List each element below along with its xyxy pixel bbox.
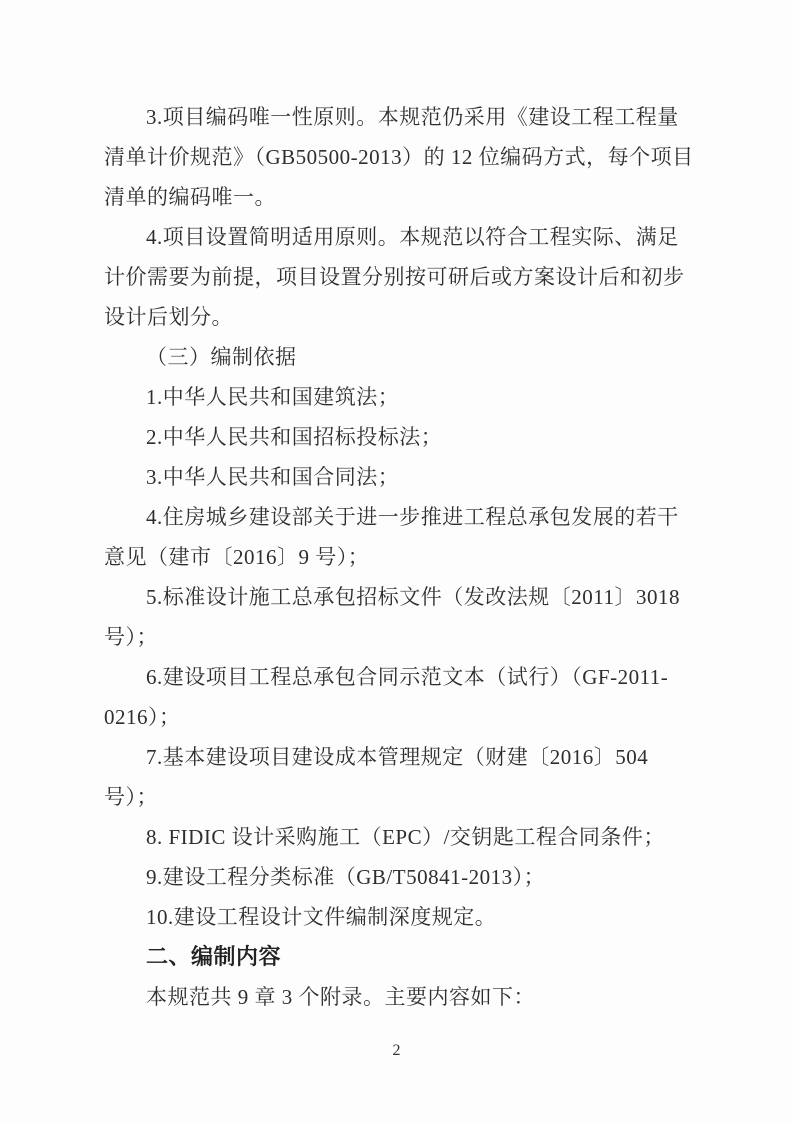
doc-line: 设计后划分。: [104, 297, 692, 337]
list-item-line: 3.中华人民共和国合同法；: [104, 457, 692, 497]
list-item-line: 意见（建市〔2016〕9 号）；: [104, 537, 692, 577]
list-item-line: 8. FIDIC 设计采购施工（EPC）/交钥匙工程合同条件；: [104, 817, 692, 857]
list-item-line: 7.基本建设项目建设成本管理规定（财建〔2016〕504: [104, 737, 692, 777]
document-page: 3.项目编码唯一性原则。本规范仍采用《建设工程工程量 清单计价规范》（GB505…: [0, 0, 793, 1122]
doc-line: 清单的编码唯一。: [104, 177, 692, 217]
subsection-heading-basis: （三）编制依据: [104, 337, 692, 377]
doc-line: 3.项目编码唯一性原则。本规范仍采用《建设工程工程量: [104, 97, 692, 137]
doc-line: 本规范共 9 章 3 个附录。主要内容如下：: [104, 977, 692, 1017]
list-item-line: 号）；: [104, 777, 692, 817]
list-item-line: 1.中华人民共和国建筑法；: [104, 377, 692, 417]
list-item-line: 号）；: [104, 617, 692, 657]
page-number: 2: [0, 1040, 793, 1062]
list-item-line: 5.标准设计施工总承包招标文件（发改法规〔2011〕3018: [104, 577, 692, 617]
doc-line: 计价需要为前提，项目设置分别按可研后或方案设计后和初步: [104, 257, 692, 297]
list-item-line: 2.中华人民共和国招标投标法；: [104, 417, 692, 457]
document-text-block: 3.项目编码唯一性原则。本规范仍采用《建设工程工程量 清单计价规范》（GB505…: [104, 97, 692, 1017]
list-item-line: 4.住房城乡建设部关于进一步推进工程总承包发展的若干: [104, 497, 692, 537]
section-heading-content: 二、编制内容: [104, 937, 692, 977]
list-item-line: 10.建设工程设计文件编制深度规定。: [104, 897, 692, 937]
doc-line: 4.项目设置简明适用原则。本规范以符合工程实际、满足: [104, 217, 692, 257]
list-item-line: 0216）；: [104, 697, 692, 737]
doc-line: 清单计价规范》（GB50500-2013）的 12 位编码方式，每个项目: [104, 137, 692, 177]
list-item-line: 9.建设工程分类标准（GB/T50841-2013）；: [104, 857, 692, 897]
list-item-line: 6.建设项目工程总承包合同示范文本（试行）（GF-2011-: [104, 657, 692, 697]
